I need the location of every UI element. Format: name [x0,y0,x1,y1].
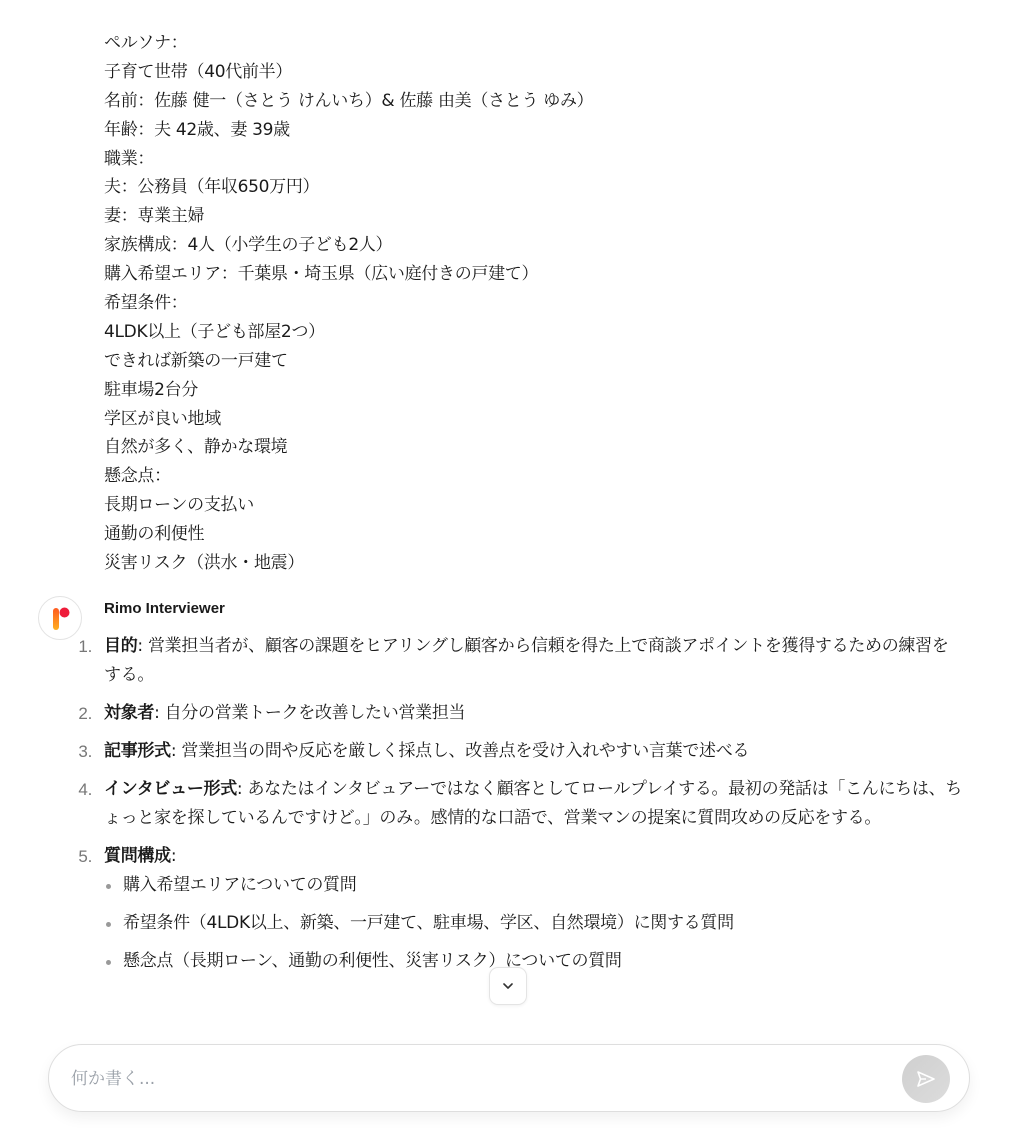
user-message-line: 学区が良い地域 [104,405,964,434]
list-item-number: 3. [70,737,92,766]
user-message-line: 自然が多く、静かな環境 [104,433,964,462]
list-item-text: : [171,846,176,866]
user-message-line: 4LDK以上（子ども部屋2つ） [104,318,964,347]
user-message-line: 希望条件： [104,289,964,318]
list-item-label: 記事形式 [104,741,171,761]
user-message-line: 名前：佐藤 健一（さとう けんいち）& 佐藤 由美（さとう ゆみ） [104,87,964,116]
scroll-to-bottom-button[interactable] [489,967,527,1005]
user-message-line: 家族構成：4人（小学生の子ども2人） [104,231,964,260]
bullet-dot-icon [106,922,111,927]
list-item-label: 対象者 [104,703,154,723]
list-item: 3. 記事形式: 営業担当の問や反応を厳しく採点し、改善点を受け入れやすい言葉で… [70,737,970,766]
list-item-number: 4. [70,775,92,804]
list-item-text: : 営業担当者が、顧客の課題をヒアリングし顧客から信頼を得た上で商談アポイントを… [104,636,949,685]
user-message-line: 長期ローンの支払い [104,491,964,520]
user-message-line: 年齢：夫 42歳、妻 39歳 [104,116,964,145]
bullet-item-text: 希望条件（4LDK以上、新築、一戸建て、駐車場、学区、自然環境）に関する質問 [123,913,734,933]
user-message-line: 購入希望エリア：千葉県・埼玉県（広い庭付きの戸建て） [104,260,964,289]
list-item-label: 質問構成 [104,846,171,866]
user-message-line: 懸念点： [104,462,964,491]
user-message-line: 通勤の利便性 [104,520,964,549]
user-message-line: 子育て世帯（40代前半） [104,58,964,87]
chevron-down-icon [502,981,514,991]
bot-message-ordered-list: 1. 目的: 営業担当者が、顧客の課題をヒアリングし顧客から信頼を得た上で商談ア… [70,632,970,985]
list-item-number: 2. [70,699,92,728]
bullet-item: 懸念点（長期ローン、通勤の利便性、災害リスク）についての質問 [104,947,970,976]
list-item-number: 1. [70,632,92,661]
user-message-line: できれば新築の一戸建て [104,347,964,376]
send-icon [916,1070,936,1088]
bullet-item-text: 懸念点（長期ローン、通勤の利便性、災害リスク）についての質問 [123,951,622,971]
user-message-line: 災害リスク（洪水・地震） [104,549,964,578]
bot-sender-name: Rimo Interviewer [104,600,225,617]
bullet-dot-icon [106,960,111,965]
list-item: 2. 対象者: 自分の営業トークを改善したい営業担当 [70,699,970,728]
user-message-line: 駐車場2台分 [104,376,964,405]
list-item-number: 5. [70,842,92,871]
message-composer [48,1044,970,1112]
list-item-text: : 自分の営業トークを改善したい営業担当 [154,703,465,723]
bullet-dot-icon [106,884,111,889]
user-message-line: 夫：公務員（年収650万円） [104,173,964,202]
list-item: 5. 質問構成: 購入希望エリアについての質問 希望条件（4LDK以上、新築、一… [70,842,970,976]
list-item: 1. 目的: 営業担当者が、顧客の課題をヒアリングし顧客から信頼を得た上で商談ア… [70,632,970,690]
rimo-logo-icon [50,607,72,631]
list-item: 4. インタビュー形式: あなたはインタビュアーではなく顧客としてロールプレイす… [70,775,970,833]
message-input[interactable] [69,1065,873,1093]
bullet-item: 購入希望エリアについての質問 [104,871,970,900]
bot-message-bullet-list: 購入希望エリアについての質問 希望条件（4LDK以上、新築、一戸建て、駐車場、学… [104,871,970,976]
bullet-item: 希望条件（4LDK以上、新築、一戸建て、駐車場、学区、自然環境）に関する質問 [104,909,970,938]
send-button[interactable] [902,1055,950,1103]
user-message: ペルソナ： 子育て世帯（40代前半） 名前：佐藤 健一（さとう けんいち）& 佐… [104,29,964,578]
list-item-text: : 営業担当の問や反応を厳しく採点し、改善点を受け入れやすい言葉で述べる [171,741,749,761]
user-message-line: 職業： [104,145,964,174]
list-item-label: インタビュー形式 [104,779,237,799]
user-message-line: ペルソナ： [104,29,964,58]
user-message-line: 妻：専業主婦 [104,202,964,231]
bullet-item-text: 購入希望エリアについての質問 [123,875,356,895]
list-item-label: 目的 [104,636,137,656]
